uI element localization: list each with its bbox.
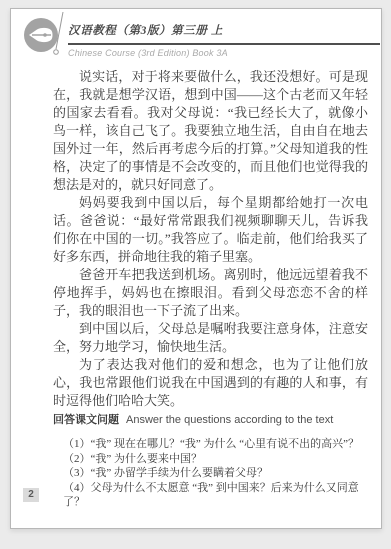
exercise-heading: 回答课文问题Answer the questions according to … xyxy=(53,413,368,427)
passage-paragraph: 说实话，对于将来要做什么，我还没想好。可是现在，我就是想学汉语，想到中国——这个… xyxy=(53,68,368,194)
book-page: 汉语教程（第3版）第三册 上 Chinese Course (3rd Editi… xyxy=(10,8,382,529)
passage-paragraph: 妈妈要我到中国以后，每个星期都给她打一次电话。爸爸说：“最好常常跟我们视频聊聊天… xyxy=(53,194,368,266)
passage-paragraph: 爸爸开车把我送到机场。离别时，他远远望着我不停地挥手，妈妈也在擦眼泪。看到父母恋… xyxy=(53,266,368,320)
question-item: （2）“我” 为什么要来中国？ xyxy=(63,452,368,467)
book-title-zh: 汉语教程（第3版）第三册 上 xyxy=(68,22,380,45)
reading-passage: 说实话，对于将来要做什么，我还没想好。可是现在，我就是想学汉语，想到中国——这个… xyxy=(53,68,368,410)
exercise-heading-en: Answer the questions according to the te… xyxy=(126,414,333,426)
passage-paragraph: 到中国以后，父母总是嘱咐我要注意身体，注意安全，努力地学习，愉快地生活。 xyxy=(53,320,368,356)
question-item: （4）父母为什么不太愿意 “我” 到中国来？后来为什么又同意了？ xyxy=(63,481,368,510)
running-head: 汉语教程（第3版）第三册 上 Chinese Course (3rd Editi… xyxy=(68,22,380,58)
header-divider-ornament xyxy=(51,12,67,58)
question-list: （1）“我” 现在在哪儿？“我” 为什么 “心里有说不出的高兴”？（2）“我” … xyxy=(53,437,368,510)
book-title-en: Chinese Course (3rd Edition) Book 3A xyxy=(68,48,380,58)
page-number-badge: 2 xyxy=(23,488,39,502)
question-item: （3）“我” 办留学手续为什么要瞒着父母？ xyxy=(63,466,368,481)
exercise-section: 回答课文问题Answer the questions according to … xyxy=(53,413,368,510)
passage-paragraph: 为了表达我对他们的爱和想念，也为了让他们放心，我也常跟他们说我在中国遇到的有趣的… xyxy=(53,356,368,410)
question-item: （1）“我” 现在在哪儿？“我” 为什么 “心里有说不出的高兴”？ xyxy=(63,437,368,452)
exercise-heading-zh: 回答课文问题 xyxy=(53,413,119,426)
